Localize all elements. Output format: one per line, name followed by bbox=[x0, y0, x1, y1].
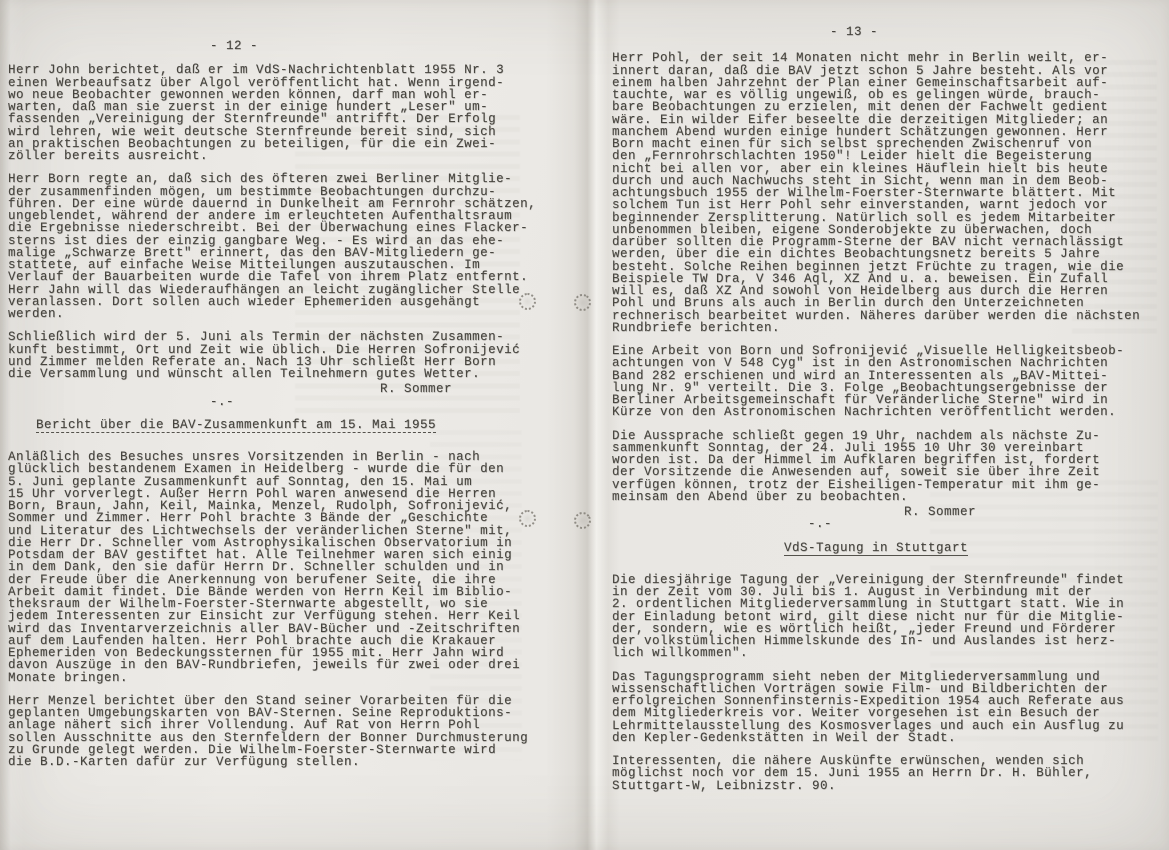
section-divider: -.- bbox=[8, 396, 536, 408]
page12-para1: Herr John berichtet, daß er im VdS-Nachr… bbox=[8, 64, 536, 162]
page-13: - 13 - Herr Pohl, der seit 14 Monaten ni… bbox=[612, 26, 1166, 803]
page13-para4: Die diesjährige Tagung der „Vereinigung … bbox=[612, 574, 1166, 660]
punch-hole bbox=[571, 509, 594, 532]
page12-para2: Herr Born regte an, daß sich des öfteren… bbox=[8, 173, 536, 320]
page12-para4: Anläßlich des Besuches unsres Vorsitzend… bbox=[8, 451, 536, 684]
page13-para3: Die Aussprache schließt gegen 19 Uhr, na… bbox=[612, 430, 1166, 504]
page13-para6: Interessenten, die nähere Auskünfte erwü… bbox=[612, 755, 1166, 792]
page-12: - 12 - Herr John berichtet, daß er im Vd… bbox=[8, 40, 536, 779]
punch-hole bbox=[571, 291, 595, 315]
page12-para5: Herr Menzel berichtet über den Stand sei… bbox=[8, 695, 536, 769]
signature: R. Sommer bbox=[8, 383, 536, 395]
page12-para3: Schließlich wird der 5. Juni als Termin … bbox=[8, 331, 536, 380]
section-divider: -.- bbox=[612, 518, 1166, 530]
signature: R. Sommer bbox=[612, 506, 1166, 518]
page-number: - 12 - bbox=[8, 40, 536, 52]
scanned-newsletter-spread: - 12 - Herr John berichtet, daß er im Vd… bbox=[0, 0, 1169, 850]
page-fold-shadow bbox=[546, 0, 620, 850]
section-heading-row: Bericht über die BAV-Zusammenkunft am 15… bbox=[8, 419, 536, 433]
page-number: - 13 - bbox=[612, 26, 1166, 38]
page13-para2: Eine Arbeit von Born und Sofronijević „V… bbox=[612, 345, 1166, 419]
section-heading-row: VdS-Tagung in Stuttgart bbox=[612, 542, 1166, 556]
page13-para5: Das Tagungsprogramm sieht neben der Mitg… bbox=[612, 671, 1166, 745]
section-heading: Bericht über die BAV-Zusammenkunft am 15… bbox=[36, 419, 436, 433]
page13-para1: Herr Pohl, der seit 14 Monaten nicht meh… bbox=[612, 52, 1166, 334]
section-heading: VdS-Tagung in Stuttgart bbox=[784, 542, 968, 556]
